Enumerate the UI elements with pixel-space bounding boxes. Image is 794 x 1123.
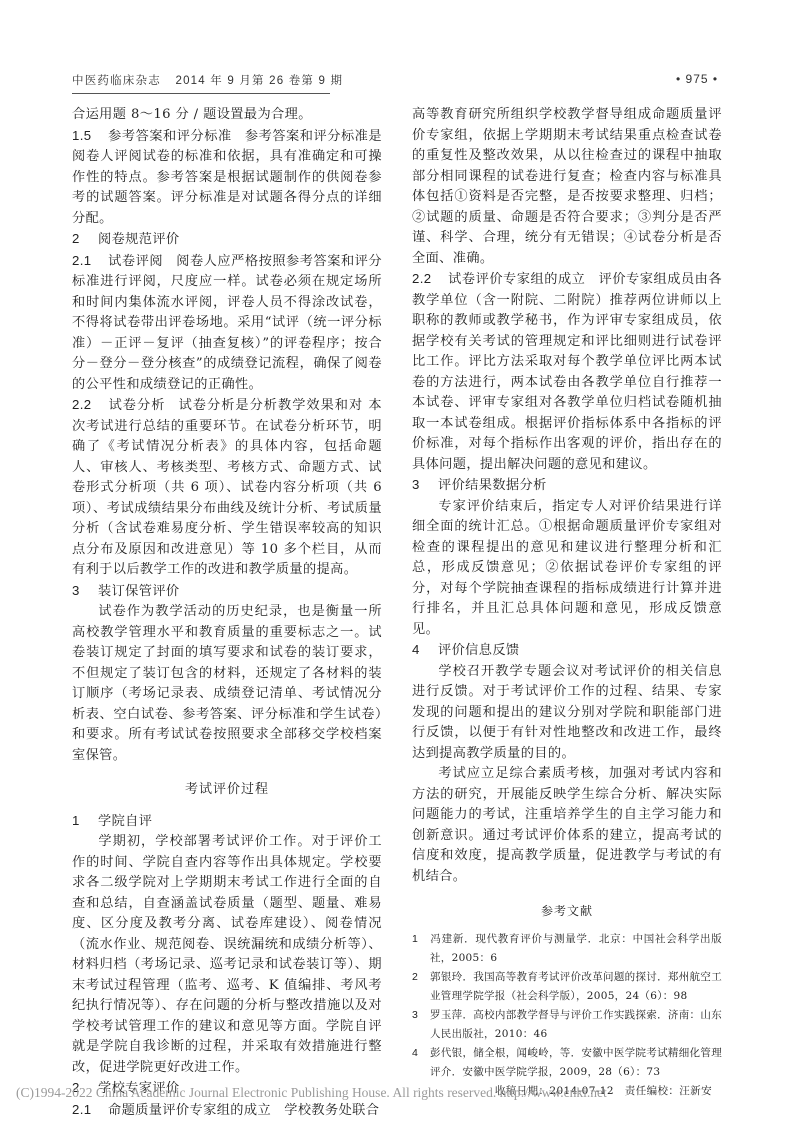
subsection-text: 评价专家组成员由各教学单位（含一附院、二附院）推荐两位讲师以上职称的教师或教学秘…	[412, 272, 722, 472]
section-3-heading: 3装订保管评价	[72, 581, 382, 603]
reference-text: 罗玉萍．高校内部教学督导与评价工作实践探索．济南：山东人民出版社，2010：46	[430, 1009, 722, 1040]
reference-text: 冯建新．现代教育评价与测量学．北京：中国社会科学出版社，2005：6	[430, 933, 722, 964]
journal-name: 中医药临床杂志	[72, 73, 161, 87]
section-number: 2	[72, 229, 98, 250]
subsection-2-1: 2.1试卷评阅阅卷人应严格按照参考答案和评分标准进行评阅，尺度应一样。试卷必须在…	[72, 251, 382, 396]
section-number: 3	[412, 475, 438, 496]
eval-4-text: 学校召开教学专题会议对考试评价的相关信息进行反馈。对于考试评价工作的过程、结果、…	[412, 662, 722, 765]
section-title: 评价信息反馈	[438, 643, 520, 658]
reference-item: 3罗玉萍．高校内部教学督导与评价工作实践探索．济南：山东人民出版社，2010：4…	[412, 1006, 722, 1044]
conclusion-text: 考试应立足综合素质考核，加强对考试内容和方法的研究，开展能反映学生综合分析、解决…	[412, 764, 722, 887]
reference-number: 1	[412, 930, 430, 949]
eval-2-2: 2.2试卷评价专家组的成立评价专家组成员由各教学单位（含一附院、二附院）推荐两位…	[412, 269, 722, 475]
reference-number: 3	[412, 1006, 430, 1025]
reference-item: 4彭代银，储全根，闻峻岭，等．安徽中医学院考试精细化管理评介．安徽中医学院学报，…	[412, 1044, 722, 1082]
eval-2-1-continued: 高等教育研究所组织学校教学督导组成命题质量评价专家组，依据上学期期末考试结果重点…	[412, 105, 722, 269]
eval-2-1-start: 2.1命题质量评价专家组的成立学校教务处联合	[72, 1100, 382, 1122]
section-heading-evaluation-process: 考试评价过程	[72, 780, 382, 801]
subsection-title: 试卷评阅	[108, 254, 163, 269]
reference-number: 2	[412, 968, 430, 987]
section-number: 4	[412, 640, 438, 661]
eval-3-text: 专家评价结束后，指定专人对评价结果进行详细全面的统计汇总。①根据命题质量评价专家…	[412, 497, 722, 641]
section-title: 装订保管评价	[98, 584, 180, 599]
eval-1-text: 学期初，学校部署考试评价工作。对于评价工作的时间、学院自查内容等作出具体规定。学…	[72, 832, 382, 1078]
section-number: 3	[72, 581, 98, 602]
subsection-text: 学校教务处联合	[284, 1103, 379, 1118]
running-head: 中医药临床杂志 2014 年 9 月第 26 卷第 9 期	[72, 72, 330, 94]
eval-1-heading: 1学院自评	[72, 811, 382, 833]
issue-info: 2014 年 9 月第 26 卷第 9 期	[175, 75, 343, 87]
left-column: 合运用题 8～16 分 / 题设置最为合理。 1.5参考答案和评分标准参考答案和…	[72, 105, 382, 1121]
right-column: 高等教育研究所组织学校教学督导组成命题质量评价专家组，依据上学期期末考试结果重点…	[412, 105, 722, 1101]
subsection-1-5: 1.5参考答案和评分标准参考答案和评分标准是阅卷人评阅试卷的标准和依据，具有准确…	[72, 126, 382, 230]
reference-item: 1冯建新．现代教育评价与测量学．北京：中国社会科学出版社，2005：6	[412, 930, 722, 968]
copyright-footer: (C)1994-2022 China Academic Journal Elec…	[16, 1085, 607, 1101]
subsection-text: 试卷分析是分析教学效果和对 本次考试进行总结的重要环节。在试卷分析环节，明确了《…	[72, 398, 382, 577]
section-title: 阅卷规范评价	[98, 232, 180, 247]
subsection-title: 试卷分析	[108, 398, 165, 413]
subsection-title: 参考答案和评分标准	[108, 129, 232, 144]
subsection-title: 试卷评价专家组的成立	[448, 272, 585, 287]
subsection-number: 2.2	[72, 395, 108, 416]
eval-4-heading: 4评价信息反馈	[412, 640, 722, 662]
reference-text: 郭银玲．我国高等教育考试评价改革问题的探讨．郑州航空工业管理学院学报（社会科学版…	[430, 971, 722, 1002]
subsection-text: 阅卷人应严格按照参考答案和评分标准进行评阅，尺度应一样。试卷必须在规定场所和时间…	[72, 254, 382, 392]
section-3-text: 试卷作为教学活动的历史纪录，也是衡量一所高校教学管理水平和教育质量的重要标志之一…	[72, 602, 382, 766]
section-2-heading: 2阅卷规范评价	[72, 229, 382, 251]
subsection-number: 1.5	[72, 126, 108, 147]
subsection-number: 2.1	[72, 1100, 108, 1121]
subsection-title: 命题质量评价专家组的成立	[108, 1103, 271, 1118]
section-number: 1	[72, 811, 98, 832]
paragraph-continued: 合运用题 8～16 分 / 题设置最为合理。	[72, 105, 382, 126]
subsection-number: 2.1	[72, 251, 108, 272]
subsection-2-2: 2.2试卷分析试卷分析是分析教学效果和对 本次考试进行总结的重要环节。在试卷分析…	[72, 395, 382, 581]
section-title: 评价结果数据分析	[438, 478, 547, 493]
page-number: • 975 •	[676, 72, 718, 86]
reference-item: 2郭银玲．我国高等教育考试评价改革问题的探讨．郑州航空工业管理学院学报（社会科学…	[412, 968, 722, 1006]
eval-3-heading: 3评价结果数据分析	[412, 475, 722, 497]
references-title: 参考文献	[412, 901, 722, 922]
subsection-number: 2.2	[412, 269, 448, 290]
section-title: 学院自评	[98, 814, 152, 829]
reference-text: 彭代银，储全根，闻峻岭，等．安徽中医学院考试精细化管理评介．安徽中医学院学报，2…	[430, 1047, 722, 1078]
references-list: 1冯建新．现代教育评价与测量学．北京：中国社会科学出版社，2005：6 2郭银玲…	[412, 930, 722, 1082]
reference-number: 4	[412, 1044, 430, 1063]
